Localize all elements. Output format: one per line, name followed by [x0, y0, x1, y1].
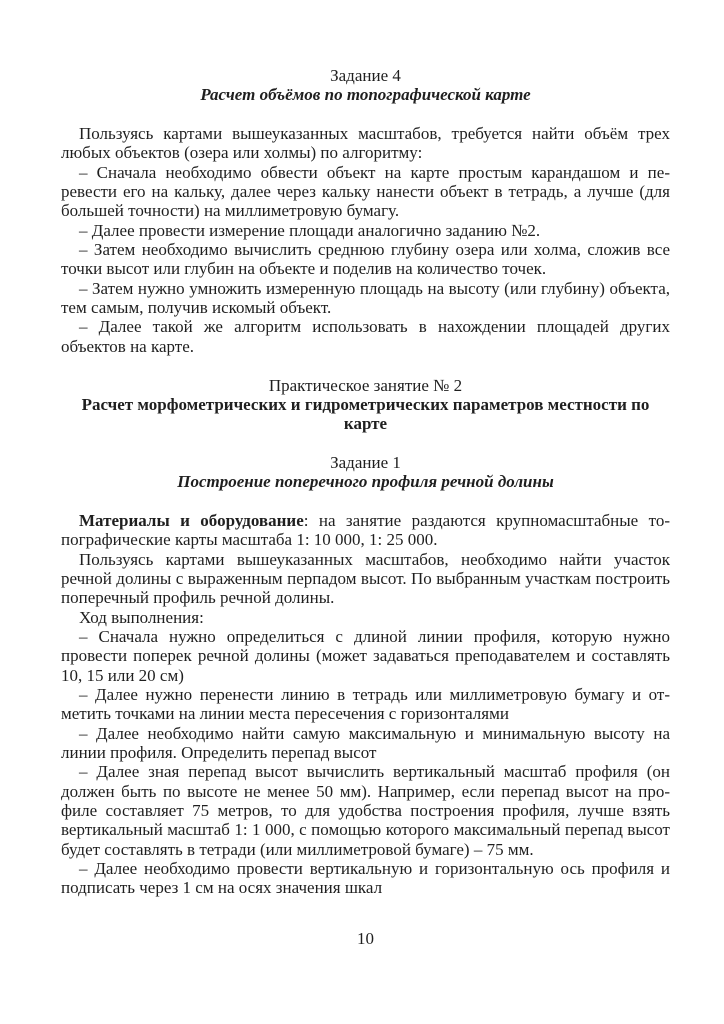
task4-intro-paragraph: Пользуясь картами вышеуказанных масштабо…: [61, 124, 670, 163]
task4-step-paragraph: – Затем нужно умножить измеренную площад…: [61, 279, 670, 318]
practice2-step-paragraph: – Далее необходимо провести вертикальную…: [61, 859, 670, 898]
task4-title: Расчет объёмов по топографической карте: [61, 85, 670, 104]
task4-step-paragraph: – Затем необходимо вычислить среднюю глу…: [61, 240, 670, 279]
page-content: Задание 4 Расчет объёмов по топографичес…: [61, 66, 670, 898]
spacer: [61, 105, 670, 124]
task4-step-paragraph: – Далее такой же алгоритм использовать в…: [61, 317, 670, 356]
practice2-paragraph: Пользуясь картами вышеуказанных масштабо…: [61, 550, 670, 608]
page-number: 10: [61, 929, 670, 948]
materials-paragraph: Материалы и оборудование: на занятие раз…: [61, 511, 670, 550]
spacer: [61, 492, 670, 511]
document-page: Задание 4 Расчет объёмов по топографичес…: [0, 0, 724, 1024]
task4-step-paragraph: – Далее провести измерение площади анало…: [61, 221, 670, 240]
task4-step-paragraph: – Сначала необходимо обвести объект на к…: [61, 163, 670, 221]
practice2-title: Расчет морфометрических и гидрометрическ…: [61, 395, 670, 434]
task1-title: Построение поперечного профиля речной до…: [61, 472, 670, 491]
task4-heading: Задание 4: [61, 66, 670, 85]
practice2-paragraph: Ход выполнения:: [61, 608, 670, 627]
practice2-heading: Практическое занятие № 2: [61, 376, 670, 395]
practice2-step-paragraph: – Сначала нужно определиться с длиной ли…: [61, 627, 670, 685]
spacer: [61, 434, 670, 453]
practice2-step-paragraph: – Далее зная перепад высот вычислить вер…: [61, 762, 670, 859]
practice2-step-paragraph: – Далее нужно перенести линию в тетрадь …: [61, 685, 670, 724]
materials-label: Материалы и оборудование: [79, 511, 304, 530]
task1-heading: Задание 1: [61, 453, 670, 472]
spacer: [61, 356, 670, 375]
practice2-step-paragraph: – Далее необходимо найти самую максималь…: [61, 724, 670, 763]
